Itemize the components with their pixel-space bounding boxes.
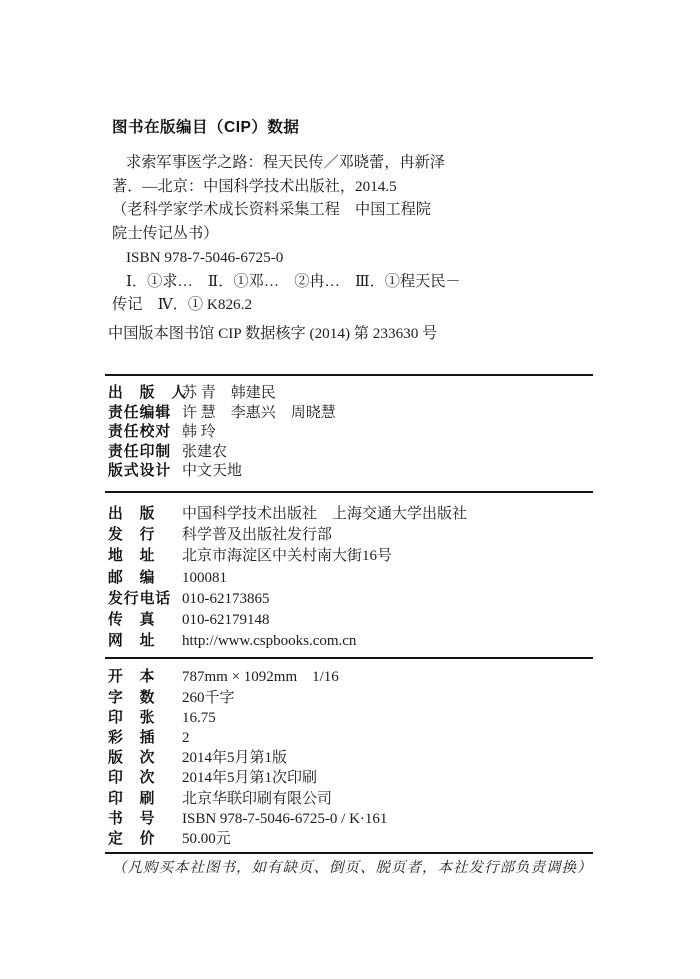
info-row-value: 北京市海淀区中关村南大街16号: [182, 546, 392, 567]
info-row-value: 100081: [182, 568, 227, 589]
info-row-label: 责任印制: [108, 443, 182, 463]
info-row: 责任印制 张建农: [108, 443, 593, 463]
info-row: 出 版 人 苏 青 韩建民: [108, 384, 593, 404]
info-row-label: 印 张: [108, 708, 182, 728]
info-row: 地 址 北京市海淀区中关村南大街16号: [108, 546, 593, 567]
info-row: 开 本 787mm × 1092mm 1/16: [108, 667, 593, 687]
info-row: 网 址 http://www.cspbooks.com.cn: [108, 631, 593, 652]
info-row-label: 发 行: [108, 525, 182, 546]
info-row-value: 中文天地: [182, 462, 242, 482]
info-row-value: 韩 玲: [182, 423, 216, 443]
cip-record: 求索军事医学之路：程天民传／邓晓蕾，冉新泽 著．—北京：中国科学技术出版社，20…: [112, 151, 582, 317]
info-row-label: 版 次: [108, 748, 182, 768]
info-row-label: 责任编辑: [108, 404, 182, 424]
info-row-value: 2: [182, 728, 190, 748]
info-row-value: 010-62179148: [182, 610, 270, 631]
info-row: 版式设计 中文天地: [108, 462, 593, 482]
info-row: 印 张 16.75: [108, 708, 593, 728]
info-row-label: 传 真: [108, 610, 182, 631]
info-row-label: 印 刷: [108, 789, 182, 809]
copyright-page: 图书在版编目（CIP）数据 求索军事医学之路：程天民传／邓晓蕾，冉新泽 著．—北…: [0, 0, 700, 979]
info-row-label: 发行电话: [108, 589, 182, 610]
info-row: 印 次 2014年5月第1次印刷: [108, 768, 593, 788]
info-row-label: 网 址: [108, 631, 182, 652]
info-row-label: 版式设计: [108, 462, 182, 482]
cip-line: 求索军事医学之路：程天民传／邓晓蕾，冉新泽: [112, 151, 582, 175]
info-row: 印 刷 北京华联印刷有限公司: [108, 789, 593, 809]
info-row-value: 787mm × 1092mm 1/16: [182, 667, 339, 687]
info-row-label: 字 数: [108, 688, 182, 708]
cip-heading: 图书在版编目（CIP）数据: [112, 115, 299, 137]
info-row: 邮 编 100081: [108, 568, 593, 589]
info-row: 责任编辑 许 慧 李惠兴 周晓慧: [108, 404, 593, 424]
colophon-table: 出 版 人 苏 青 韩建民 责任编辑 许 慧 李惠兴 周晓慧 责任校对 韩 玲 …: [105, 374, 593, 854]
info-row: 字 数 260千字: [108, 688, 593, 708]
info-row-value: 许 慧 李惠兴 周晓慧: [182, 404, 336, 424]
info-row-label: 书 号: [108, 809, 182, 829]
info-row-label: 印 次: [108, 768, 182, 788]
cip-line: Ⅰ．①求… Ⅱ．①邓… ②冉… Ⅲ．①程天民－: [112, 270, 582, 294]
info-row-value: 北京华联印刷有限公司: [182, 789, 332, 809]
info-row-value: ISBN 978-7-5046-6725-0 / K·161: [182, 809, 387, 829]
cip-line: （老科学家学术成长资料采集工程 中国工程院: [112, 198, 582, 222]
info-row: 版 次 2014年5月第1版: [108, 748, 593, 768]
info-row-label: 出 版 人: [108, 384, 182, 404]
print-specs-section: 开 本 787mm × 1092mm 1/16 字 数 260千字 印 张 16…: [105, 657, 593, 852]
info-row-value: 中国科学技术出版社 上海交通大学出版社: [182, 504, 467, 525]
bottom-rule: [105, 852, 593, 854]
info-row-value: 260千字: [182, 688, 235, 708]
info-row-value: 张建农: [182, 443, 227, 463]
info-row-label: 定 价: [108, 829, 182, 849]
info-row-value: 010-62173865: [182, 589, 270, 610]
returns-notice: （凡购买本社图书，如有缺页、倒页、脱页者，本社发行部负责调换）: [112, 856, 593, 877]
info-row-value: 16.75: [182, 708, 216, 728]
info-row: 书 号 ISBN 978-7-5046-6725-0 / K·161: [108, 809, 593, 829]
publishing-info-section: 出 版 中国科学技术出版社 上海交通大学出版社 发 行 科学普及出版社发行部 地…: [105, 491, 593, 657]
info-row: 发 行 科学普及出版社发行部: [108, 525, 593, 546]
info-row-label: 出 版: [108, 504, 182, 525]
info-row-value: 2014年5月第1版: [182, 748, 287, 768]
info-row-value: 50.00元: [182, 829, 231, 849]
info-row-value: http://www.cspbooks.com.cn: [182, 631, 356, 652]
info-row-label: 邮 编: [108, 568, 182, 589]
info-row-value: 苏 青 韩建民: [182, 384, 276, 404]
info-row: 责任校对 韩 玲: [108, 423, 593, 443]
info-row-value: 科学普及出版社发行部: [182, 525, 332, 546]
info-row-label: 彩 插: [108, 728, 182, 748]
cip-line: ISBN 978-7-5046-6725-0: [112, 246, 582, 270]
info-row-value: 2014年5月第1次印刷: [182, 768, 317, 788]
info-row-label: 责任校对: [108, 423, 182, 443]
info-row-label: 地 址: [108, 546, 182, 567]
info-row: 出 版 中国科学技术出版社 上海交通大学出版社: [108, 504, 593, 525]
info-row: 发行电话 010-62173865: [108, 589, 593, 610]
info-row: 彩 插 2: [108, 728, 593, 748]
staff-credits-section: 出 版 人 苏 青 韩建民 责任编辑 许 慧 李惠兴 周晓慧 责任校对 韩 玲 …: [105, 374, 593, 491]
info-row-label: 开 本: [108, 667, 182, 687]
cip-line: 院士传记丛书）: [112, 222, 582, 246]
cip-line: 著．—北京：中国科学技术出版社，2014.5: [112, 175, 582, 199]
cip-registration-number: 中国版本图书馆 CIP 数据核字 (2014) 第 233630 号: [108, 322, 437, 343]
info-row: 定 价 50.00元: [108, 829, 593, 849]
cip-line: 传记 Ⅳ．① K826.2: [112, 293, 582, 317]
info-row: 传 真 010-62179148: [108, 610, 593, 631]
